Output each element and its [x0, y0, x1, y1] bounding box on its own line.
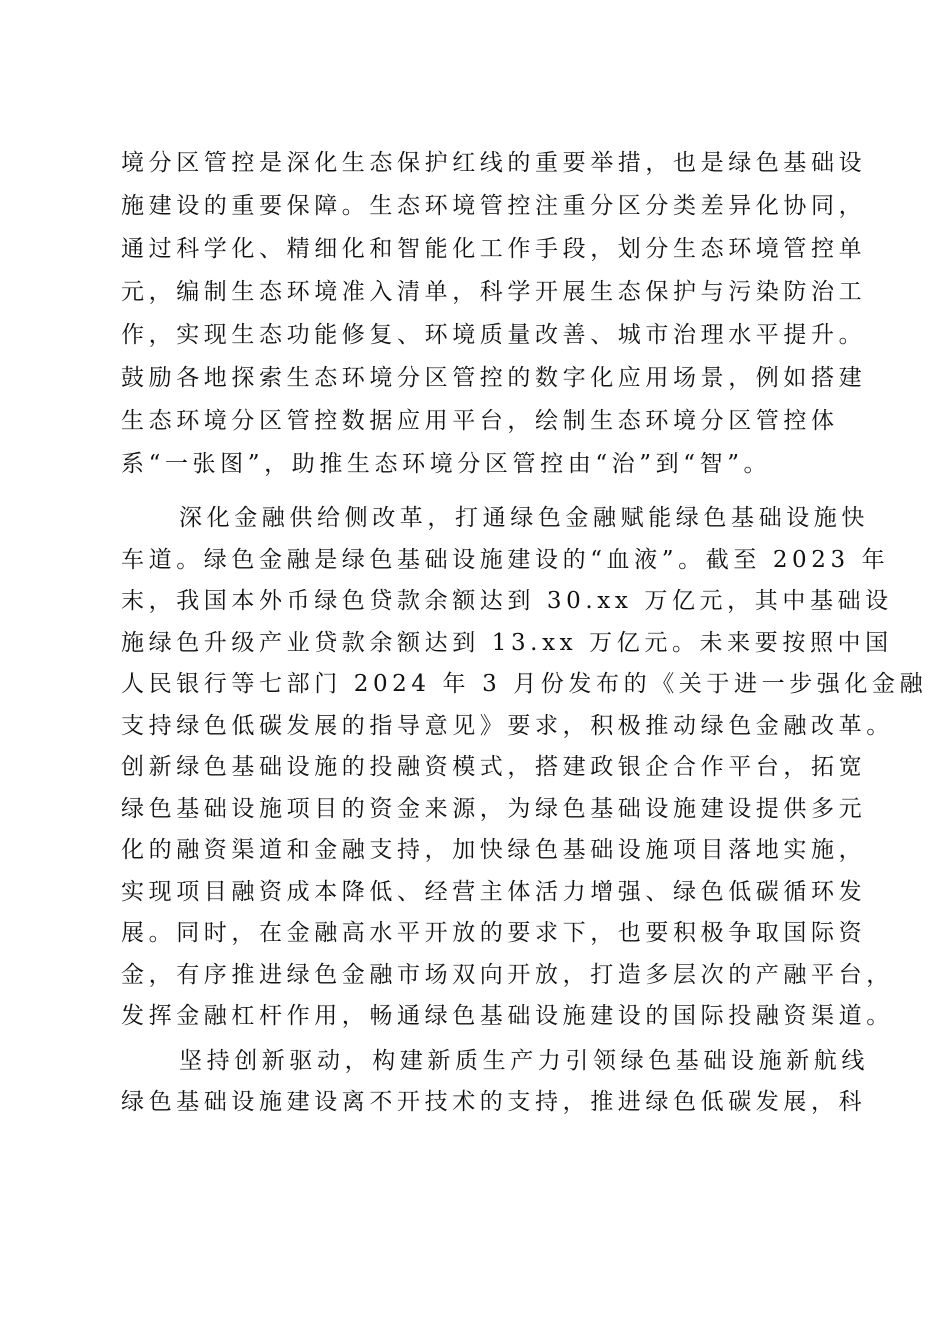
text-line: 化的融资渠道和金融支持，加快绿色基础设施项目落地实施，: [121, 830, 841, 872]
text-line-first-indented: 深化金融供给侧改革，打通绿色金融赋能绿色基础设施快: [121, 498, 841, 540]
paragraph-innovation-driven: 坚持创新驱动，构建新质生产力引领绿色基础设施新航线 绿色基础设施建设离不开技术的…: [121, 1041, 841, 1124]
text-line: 通过科学化、精细化和智能化工作手段，划分生态环境管控单: [121, 228, 841, 271]
text-line: 生态环境分区管控数据应用平台，绘制生态环境分区管控体: [121, 400, 841, 443]
text-line: 末，我国本外币绿色贷款余额达到 30.xx 万亿元，其中基础设: [121, 581, 841, 623]
text-line: 系“一张图”，助推生态环境分区管控由“治”到“智”。: [121, 443, 841, 486]
text-line: 施建设的重要保障。生态环境管控注重分区分类差异化协同，: [121, 185, 841, 228]
text-line: 境分区管控是深化生态保护红线的重要举措，也是绿色基础设: [121, 142, 841, 185]
text-line: 展。同时，在金融高水平开放的要求下，也要积极争取国际资: [121, 913, 841, 955]
document-page: 境分区管控是深化生态保护红线的重要举措，也是绿色基础设 施建设的重要保障。生态环…: [0, 0, 950, 1344]
text-line: 人民银行等七部门 2024 年 3 月份发布的《关于进一步强化金融: [121, 664, 841, 706]
paragraph-green-finance: 深化金融供给侧改革，打通绿色金融赋能绿色基础设施快 车道。绿色金融是绿色基础设施…: [121, 498, 841, 1038]
text-line: 金，有序推进绿色金融市场双向开放，打造多层次的产融平台，: [121, 955, 841, 997]
text-line: 支持绿色低碳发展的指导意见》要求，积极推动绿色金融改革。: [121, 706, 841, 748]
text-line: 鼓励各地探索生态环境分区管控的数字化应用场景，例如搭建: [121, 357, 841, 400]
text-line: 作，实现生态功能修复、环境质量改善、城市治理水平提升。: [121, 314, 841, 357]
document-body: 境分区管控是深化生态保护红线的重要举措，也是绿色基础设 施建设的重要保障。生态环…: [121, 142, 841, 1124]
text-line: 绿色基础设施项目的资金来源，为绿色基础设施建设提供多元: [121, 789, 841, 831]
text-line-first-indented: 坚持创新驱动，构建新质生产力引领绿色基础设施新航线: [121, 1041, 841, 1083]
text-line: 创新绿色基础设施的投融资模式，搭建政银企合作平台，拓宽: [121, 747, 841, 789]
text-line: 车道。绿色金融是绿色基础设施建设的“血液”。截至 2023 年: [121, 540, 841, 582]
text-line: 施绿色升级产业贷款余额达到 13.xx 万亿元。未来要按照中国: [121, 623, 841, 665]
paragraph-ecological-zoning: 境分区管控是深化生态保护红线的重要举措，也是绿色基础设 施建设的重要保障。生态环…: [121, 142, 841, 486]
text-line: 绿色基础设施建设离不开技术的支持，推进绿色低碳发展，科: [121, 1082, 841, 1124]
text-line: 元，编制生态环境准入清单，科学开展生态保护与污染防治工: [121, 271, 841, 314]
text-line: 实现项目融资成本降低、经营主体活力增强、绿色低碳循环发: [121, 872, 841, 914]
text-line: 发挥金融杠杆作用，畅通绿色基础设施建设的国际投融资渠道。: [121, 996, 841, 1038]
